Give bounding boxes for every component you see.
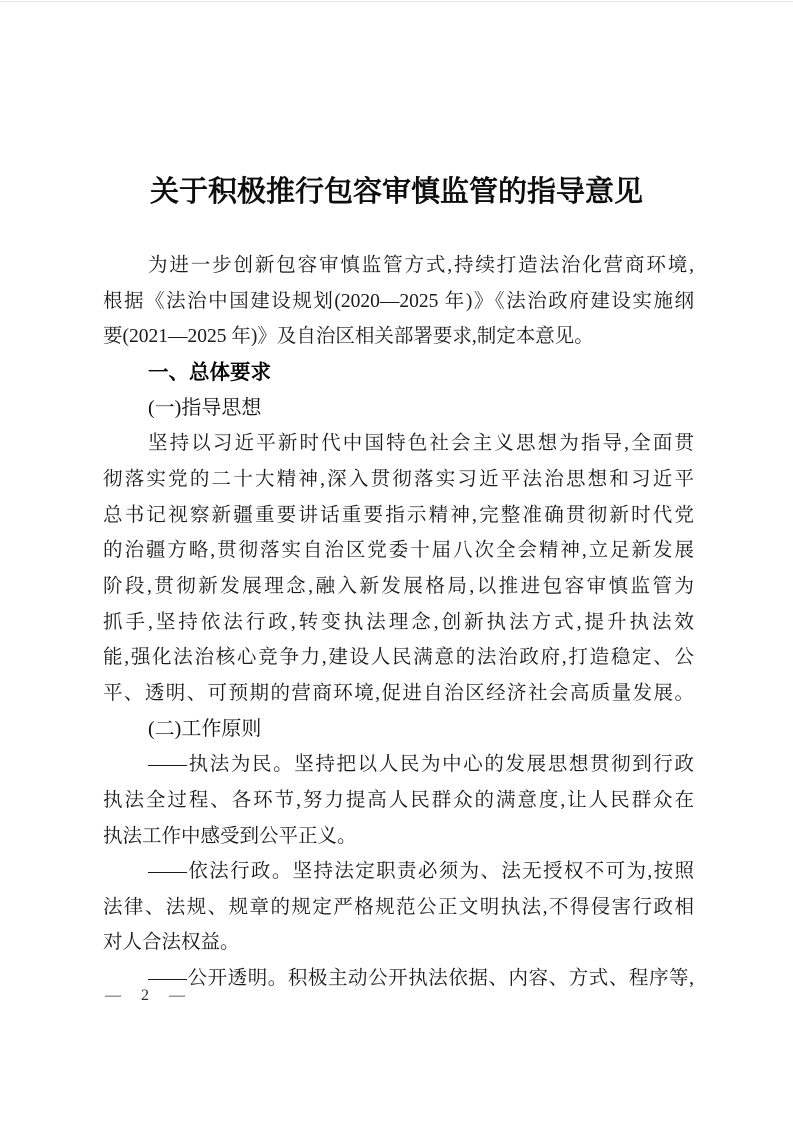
- body-text-line: 坚持以习近平新时代中国特色社会主义思想为指导,全面贯: [103, 426, 694, 462]
- body-text-line: ——公开透明。积极主动公开执法依据、内容、方式、程序等,: [103, 961, 694, 997]
- body-text-line: 根据《法治中国建设规划(2020—2025 年)》《法治政府建设实施纲: [103, 284, 694, 320]
- body-text-line: 为进一步创新包容审慎监管方式,持续打造法治化营商环境,: [103, 248, 694, 284]
- subsection-heading-line: (一)指导思想: [103, 391, 694, 427]
- body-text-line: 彻落实党的二十大精神,深入贯彻落实习近平法治思想和习近平: [103, 462, 694, 498]
- body-text-line: 平、透明、可预期的营商环境,促进自治区经济社会高质量发展。: [103, 676, 694, 712]
- document-page: 关于积极推行包容审慎监管的指导意见 为进一步创新包容审慎监管方式,持续打造法治化…: [0, 0, 793, 1122]
- body-text-line: ——依法行政。坚持法定职责必须为、法无授权不可为,按照: [103, 854, 694, 890]
- subsection-heading-line: (二)工作原则: [103, 712, 694, 748]
- body-text-line: 要(2021—2025 年)》及自治区相关部署要求,制定本意见。: [103, 319, 694, 355]
- page-number: — 2 —: [105, 987, 188, 1005]
- body-text-line: 对人合法权益。: [103, 925, 694, 961]
- body-text-line: 总书记视察新疆重要讲话重要指示精神,完整准确贯彻新时代党: [103, 498, 694, 534]
- body-text-line: ——执法为民。坚持把以人民为中心的发展思想贯彻到行政: [103, 747, 694, 783]
- body-text-line: 阶段,贯彻新发展理念,融入新发展格局,以推进包容审慎监管为: [103, 569, 694, 605]
- body-text-line: 法律、法规、规章的规定严格规范公正文明执法,不得侵害行政相: [103, 890, 694, 926]
- body-text-line: 执法工作中感受到公平正义。: [103, 819, 694, 855]
- body-text-line: 执法全过程、各环节,努力提高人民群众的满意度,让人民群众在: [103, 783, 694, 819]
- document-title: 关于积极推行包容审慎监管的指导意见: [0, 169, 793, 210]
- body-text-line: 的治疆方略,贯彻落实自治区党委十届八次全会精神,立足新发展: [103, 533, 694, 569]
- body-text-line: 抓手,坚持依法行政,转变执法理念,创新执法方式,提升执法效: [103, 605, 694, 641]
- text-lines: 为进一步创新包容审慎监管方式,持续打造法治化营商环境,根据《法治中国建设规划(2…: [103, 248, 694, 997]
- body-text-line: 能,强化法治核心竞争力,建设人民满意的法治政府,打造稳定、公: [103, 640, 694, 676]
- section-heading-line: 一、总体要求: [103, 355, 694, 391]
- scan-edge-artifact: [0, 1, 793, 2]
